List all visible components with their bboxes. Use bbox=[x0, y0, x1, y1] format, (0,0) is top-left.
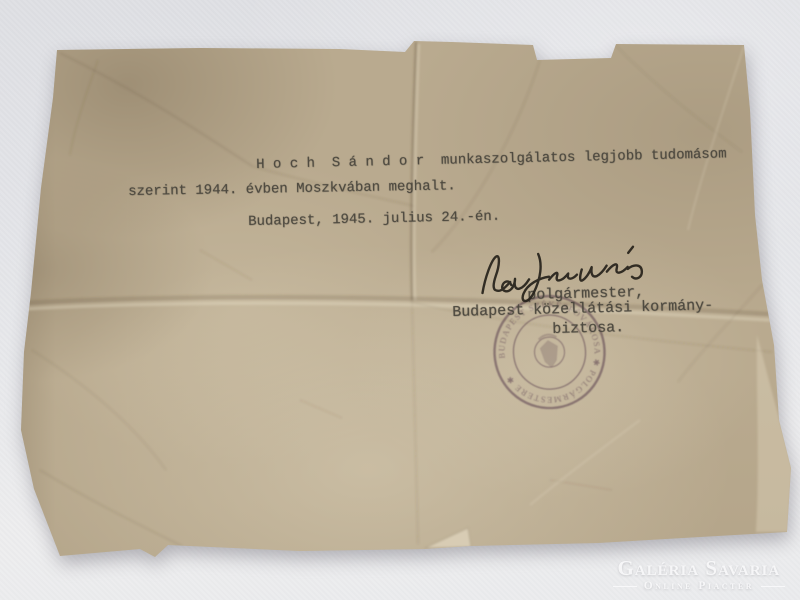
right-edge-fold bbox=[756, 335, 792, 532]
watermark-title: Galéria Savaria bbox=[613, 557, 785, 579]
watermark-subtitle: Online Piactér bbox=[613, 580, 785, 592]
dog-ear-fold bbox=[425, 528, 471, 548]
watermark: Galéria Savaria Online Piactér bbox=[613, 557, 785, 592]
signer-title-line-3: biztosa. bbox=[552, 319, 624, 338]
signature-handwriting: Vas Zoltán bbox=[467, 243, 669, 312]
photo-scene: BUDAPEST SZÉKESFŐVÁROSA ✱ POLGÁRMESTERE … bbox=[0, 0, 800, 600]
